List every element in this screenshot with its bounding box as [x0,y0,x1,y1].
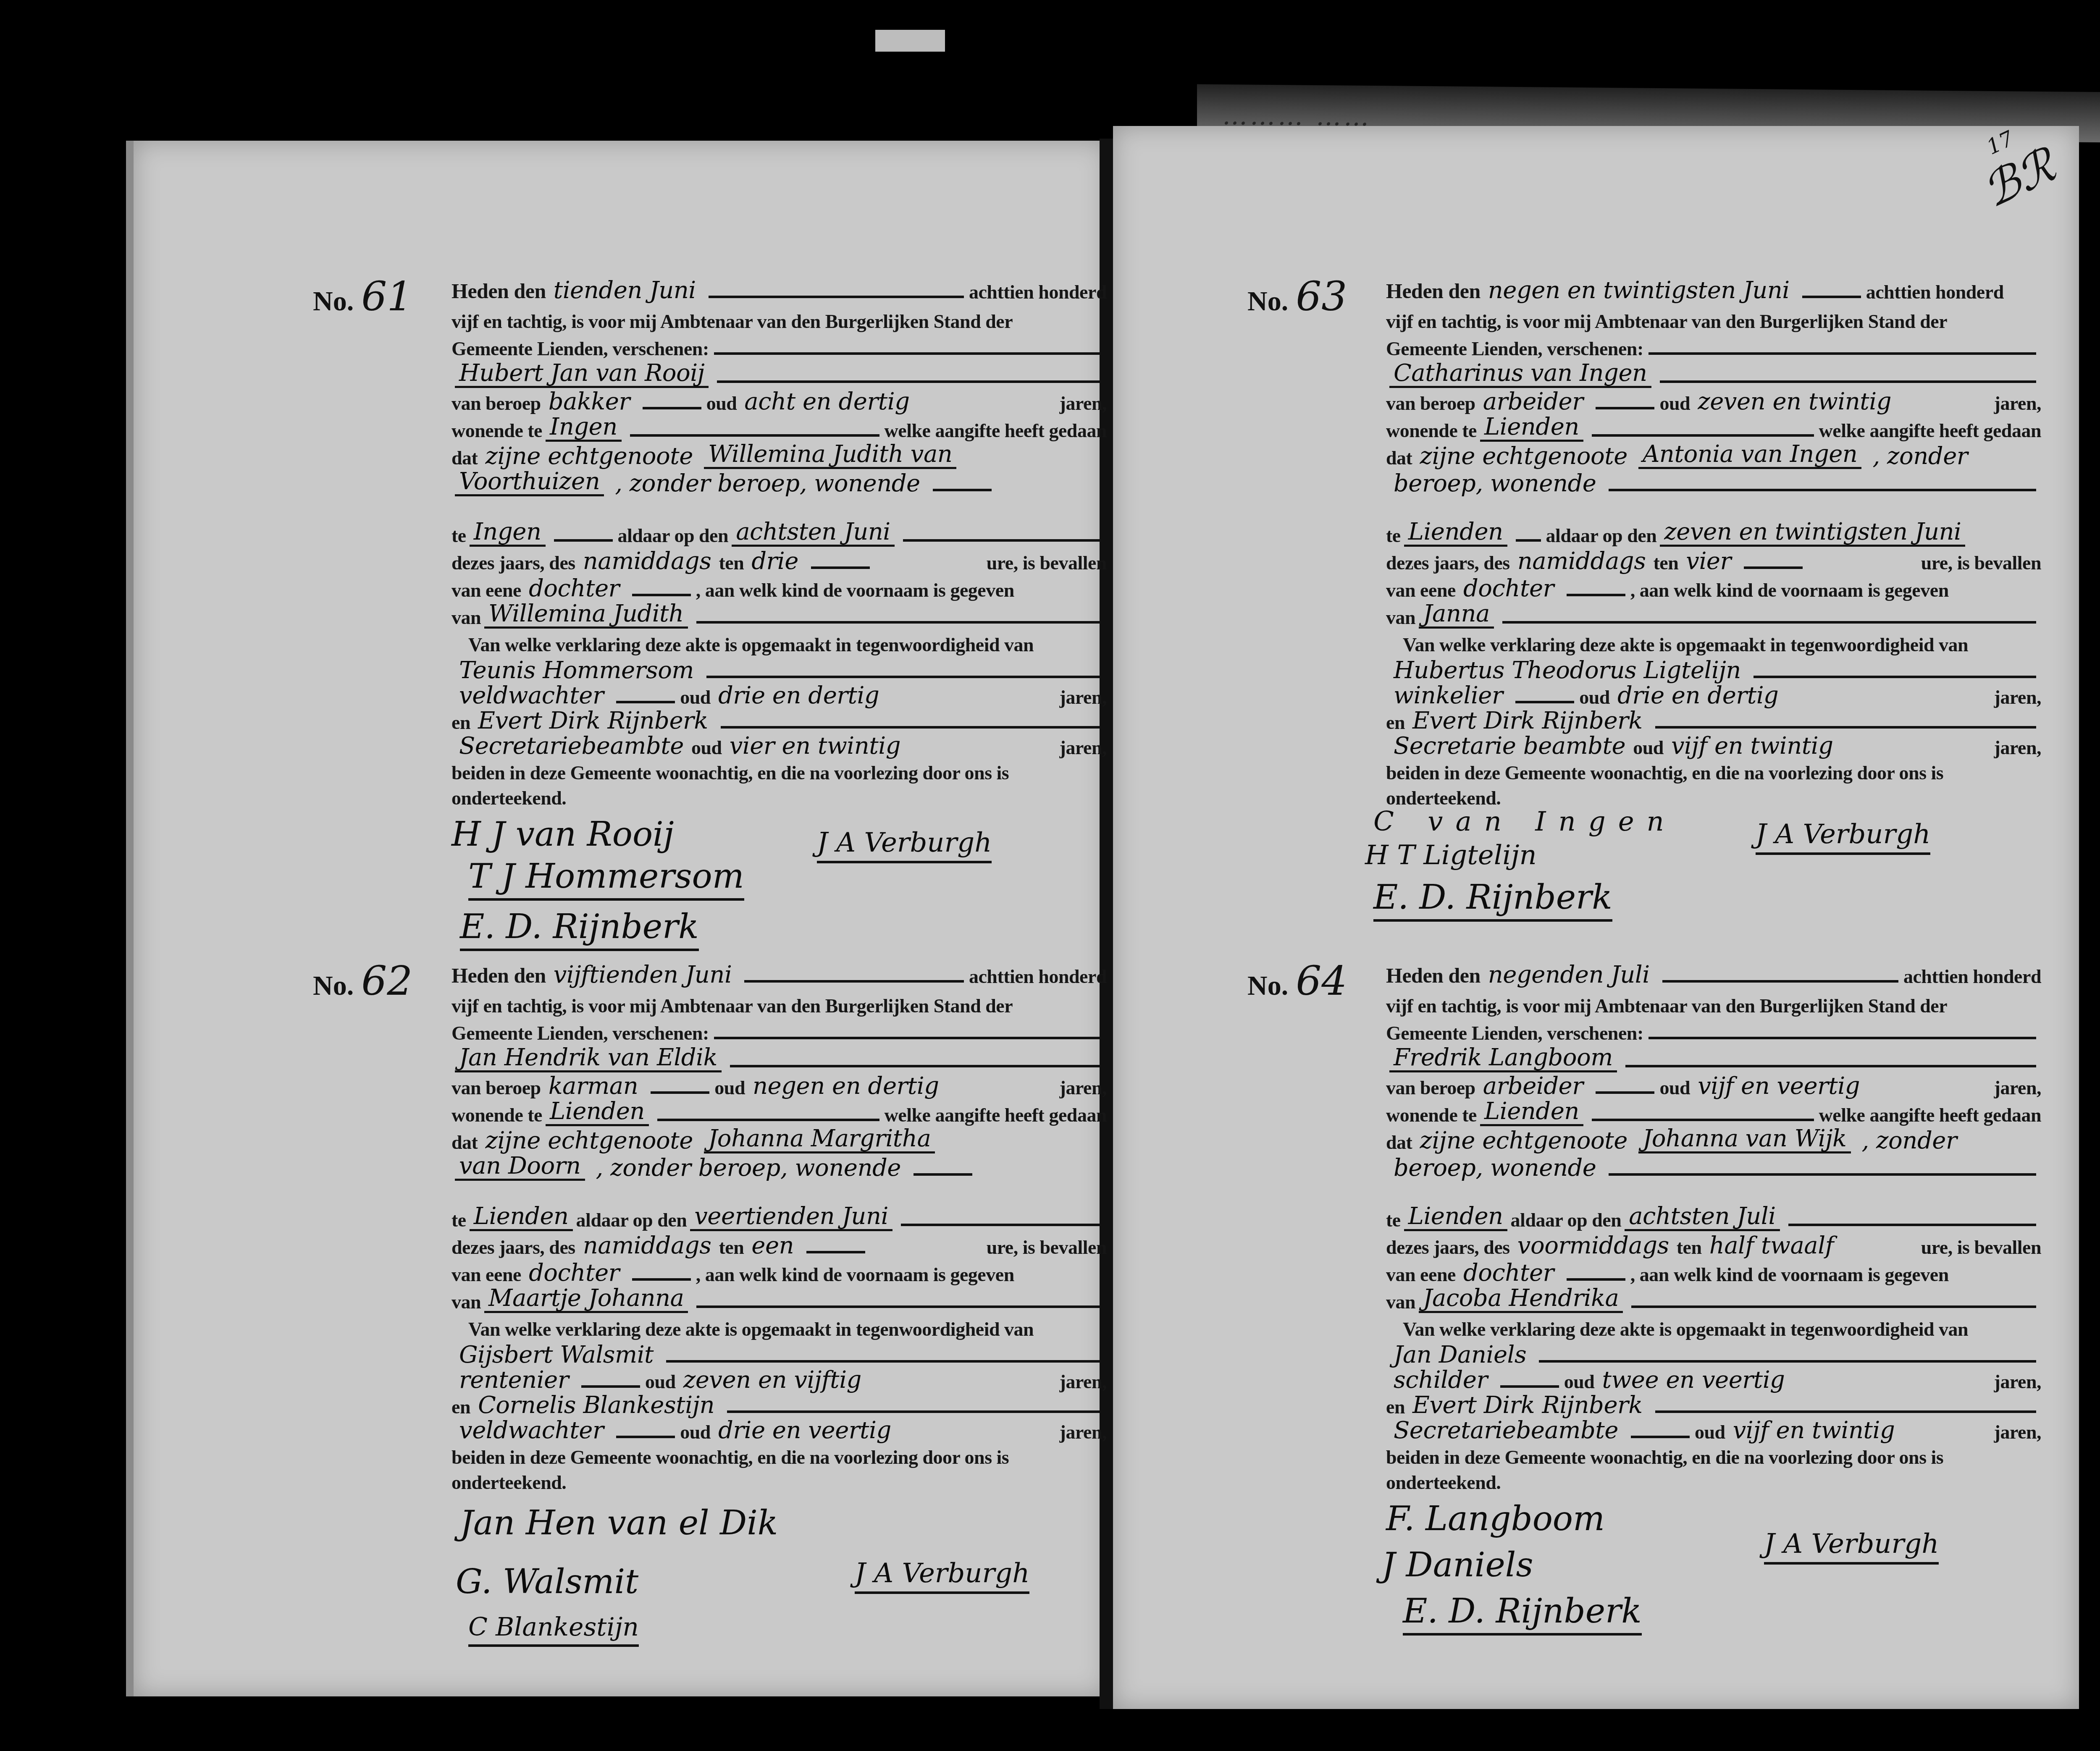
line-beiden: beiden in deze Gemeente woonachtig, en d… [451,1442,1107,1468]
line-wife-2: van Doorn, zonder beroep, wonende [451,1155,1107,1181]
line-municipality: Gemeente Lienden, verschenen: [1386,334,2041,360]
line-wife-2: Voorthuizen, zonder beroep, wonende [451,470,1107,496]
line-time: dezes jaars, desnamiddagstendrieure, is … [451,548,1107,574]
line-wife: datzijne echtgenooteJohanna Margritha [451,1127,1107,1153]
line-witness1: Gijsbert Walsmit [451,1342,1107,1368]
line-time: dezes jaars, desnamiddagstenvierure, is … [1386,548,2041,574]
signature-declarant: Jan Hen van el Dik [460,1503,778,1542]
record-number: No.64 [1247,957,1347,1004]
line-child-name: vanJanna [1386,603,2041,629]
line-residence: wonende teIngenwelke aangifte heeft geda… [451,416,1107,442]
signature-witness1: H T Ligtelijn [1365,840,1537,871]
line-time: dezes jaars, desvoormiddagstenhalf twaal… [1386,1232,2041,1258]
line-municipality: Gemeente Lienden, verschenen: [451,334,1107,360]
line-time: dezes jaars, desnamiddagsteneenure, is b… [451,1232,1107,1258]
line-witness1: Teunis Hommersom [451,657,1107,683]
line-birth-place: teIngenaldaar op denachtsten Juni [451,521,1107,547]
line-occupation-age: van beroepbakkeroudacht en dertigjaren, [451,388,1107,414]
line-child-name: vanMaartje Johanna [451,1287,1107,1313]
line-year: vijf en tachtig, is voor mij Ambtenaar v… [451,991,1107,1017]
line-declarant: Fredrik Langboom [1386,1046,2041,1072]
line-municipality: Gemeente Lienden, verschenen: [1386,1018,2041,1044]
line-witness1: Jan Daniels [1386,1342,2041,1368]
line-municipality: Gemeente Lienden, verschenen: [451,1018,1107,1044]
line-onderteekend: onderteekend. [451,783,1107,809]
record-number: No.63 [1247,273,1347,320]
signature-witness1: T J Hommersom [468,857,744,901]
signature-declarant: F. Langboom [1386,1499,1605,1538]
signature-registrar: J A Verburgh [1756,819,1930,855]
line-birth-place: teLiendenaldaar op denzeven en twintigst… [1386,521,2041,547]
line-residence: wonende teLiendenwelke aangifte heeft ge… [1386,416,2041,442]
line-child-name: vanJacoba Hendrika [1386,1287,2041,1313]
signature-witness1: G. Walsmit [456,1562,638,1601]
signature-declarant: H J van Rooij [451,815,674,854]
line-birth-place: teLiendenaldaar op denveertienden Juni [451,1205,1107,1231]
signature-declarant: C van Ingen [1373,806,1677,837]
line-verklaring: Van welke verklaring deze akte is opgema… [451,630,1123,656]
line-date: Heden denvijftienden Juniachttien honder… [451,962,1107,988]
line-witness1: Hubertus Theodorus Ligtelijn [1386,657,2041,683]
line-wife: datzijne echtgenooteWillemina Judith van [451,443,1107,469]
line-witness1-occ: winkelierouddrie en dertigjaren, [1386,682,2041,708]
line-residence: wonende teLiendenwelke aangifte heeft ge… [451,1100,1107,1126]
signature-witness2: E. D. Rijnberk [1373,878,1612,922]
signature-witness2: E. D. Rijnberk [460,907,699,951]
line-child-name: vanWillemina Judith [451,603,1107,629]
line-birth-place: teLiendenaldaar op denachtsten Juli [1386,1205,2041,1231]
line-wife-2: beroep, wonende [1386,1155,2041,1181]
line-onderteekend: onderteekend. [1386,783,2041,809]
record-number: No.62 [313,957,412,1004]
line-wife: datzijne echtgenooteJohanna van Wijk, zo… [1386,1127,2041,1153]
line-witness2: enCornelis Blankestijn [451,1392,1107,1418]
line-beiden: beiden in deze Gemeente woonachtig, en d… [451,758,1107,784]
signature-registrar: J A Verburgh [855,1558,1029,1594]
line-verklaring: Van welke verklaring deze akte is opgema… [1386,630,2058,656]
line-wife: datzijne echtgenooteAntonia van Ingen, z… [1386,443,2041,469]
line-beiden: beiden in deze Gemeente woonachtig, en d… [1386,1442,2041,1468]
line-date: Heden dennegenden Juliachttien honderd [1386,962,2041,988]
line-witness2-occ: Secretarie beambteoudvijf en twintigjare… [1386,733,2041,759]
line-onderteekend: onderteekend. [1386,1468,2041,1494]
line-occupation-age: van beroeparbeideroudzeven en twintigjar… [1386,388,2041,414]
line-occupation-age: van beroepkarmanoudnegen en dertigjaren, [451,1073,1107,1099]
line-sex: van eenedochter, aan welk kind de voorna… [1386,1260,2041,1286]
line-sex: van eenedochter, aan welk kind de voorna… [451,1260,1107,1286]
line-date: Heden dentienden Juniachttien honderd [451,277,1107,303]
line-onderteekend: onderteekend. [451,1468,1107,1494]
signature-witness2: E. D. Rijnberk [1403,1591,1642,1636]
line-declarant: Hubert Jan van Rooij [451,362,1107,388]
line-occupation-age: van beroeparbeideroudvijf en veertigjare… [1386,1073,2041,1099]
line-witness2-occ: Secretariebeambteoudvier en twintigjaren… [451,733,1107,759]
line-year: vijf en tachtig, is voor mij Ambtenaar v… [1386,307,2041,333]
line-residence: wonende teLiendenwelke aangifte heeft ge… [1386,1100,2041,1126]
line-year: vijf en tachtig, is voor mij Ambtenaar v… [451,307,1107,333]
film-tab-label [875,30,945,52]
line-witness2: enEvert Dirk Rijnberk [1386,1392,2041,1418]
line-verklaring: Van welke verklaring deze akte is opgema… [1386,1314,2058,1340]
signature-witness1: J Daniels [1382,1545,1533,1584]
signature-registrar: J A Verburgh [1764,1528,1939,1565]
line-declarant: Catharinus van Ingen [1386,362,2041,388]
line-witness2: enEvert Dirk Rijnberk [1386,708,2041,734]
line-witness2: enEvert Dirk Rijnberk [451,708,1107,734]
line-sex: van eenedochter, aan welk kind de voorna… [451,575,1107,601]
line-witness1-occ: rentenieroudzeven en vijftigjaren, [451,1367,1107,1393]
line-witness1-occ: schilderoudtwee en veertigjaren, [1386,1367,2041,1393]
signature-registrar: J A Verburgh [817,827,992,863]
line-wife-2: beroep, wonende [1386,470,2041,496]
line-witness2-occ: veldwachterouddrie en veertigjaren, [451,1417,1107,1443]
signature-witness2: C Blankestijn [468,1612,639,1647]
line-date: Heden dennegen en twintigsten Juniachtti… [1386,277,2041,303]
line-declarant: Jan Hendrik van Eldik [451,1046,1107,1072]
line-verklaring: Van welke verklaring deze akte is opgema… [451,1314,1123,1340]
line-sex: van eenedochter, aan welk kind de voorna… [1386,575,2041,601]
line-year: vijf en tachtig, is voor mij Ambtenaar v… [1386,991,2041,1017]
line-beiden: beiden in deze Gemeente woonachtig, en d… [1386,758,2041,784]
line-witness1-occ: veldwachterouddrie en dertigjaren, [451,682,1107,708]
record-number: No.61 [313,273,412,320]
line-witness2-occ: Secretariebeambteoudvijf en twintigjaren… [1386,1417,2041,1443]
